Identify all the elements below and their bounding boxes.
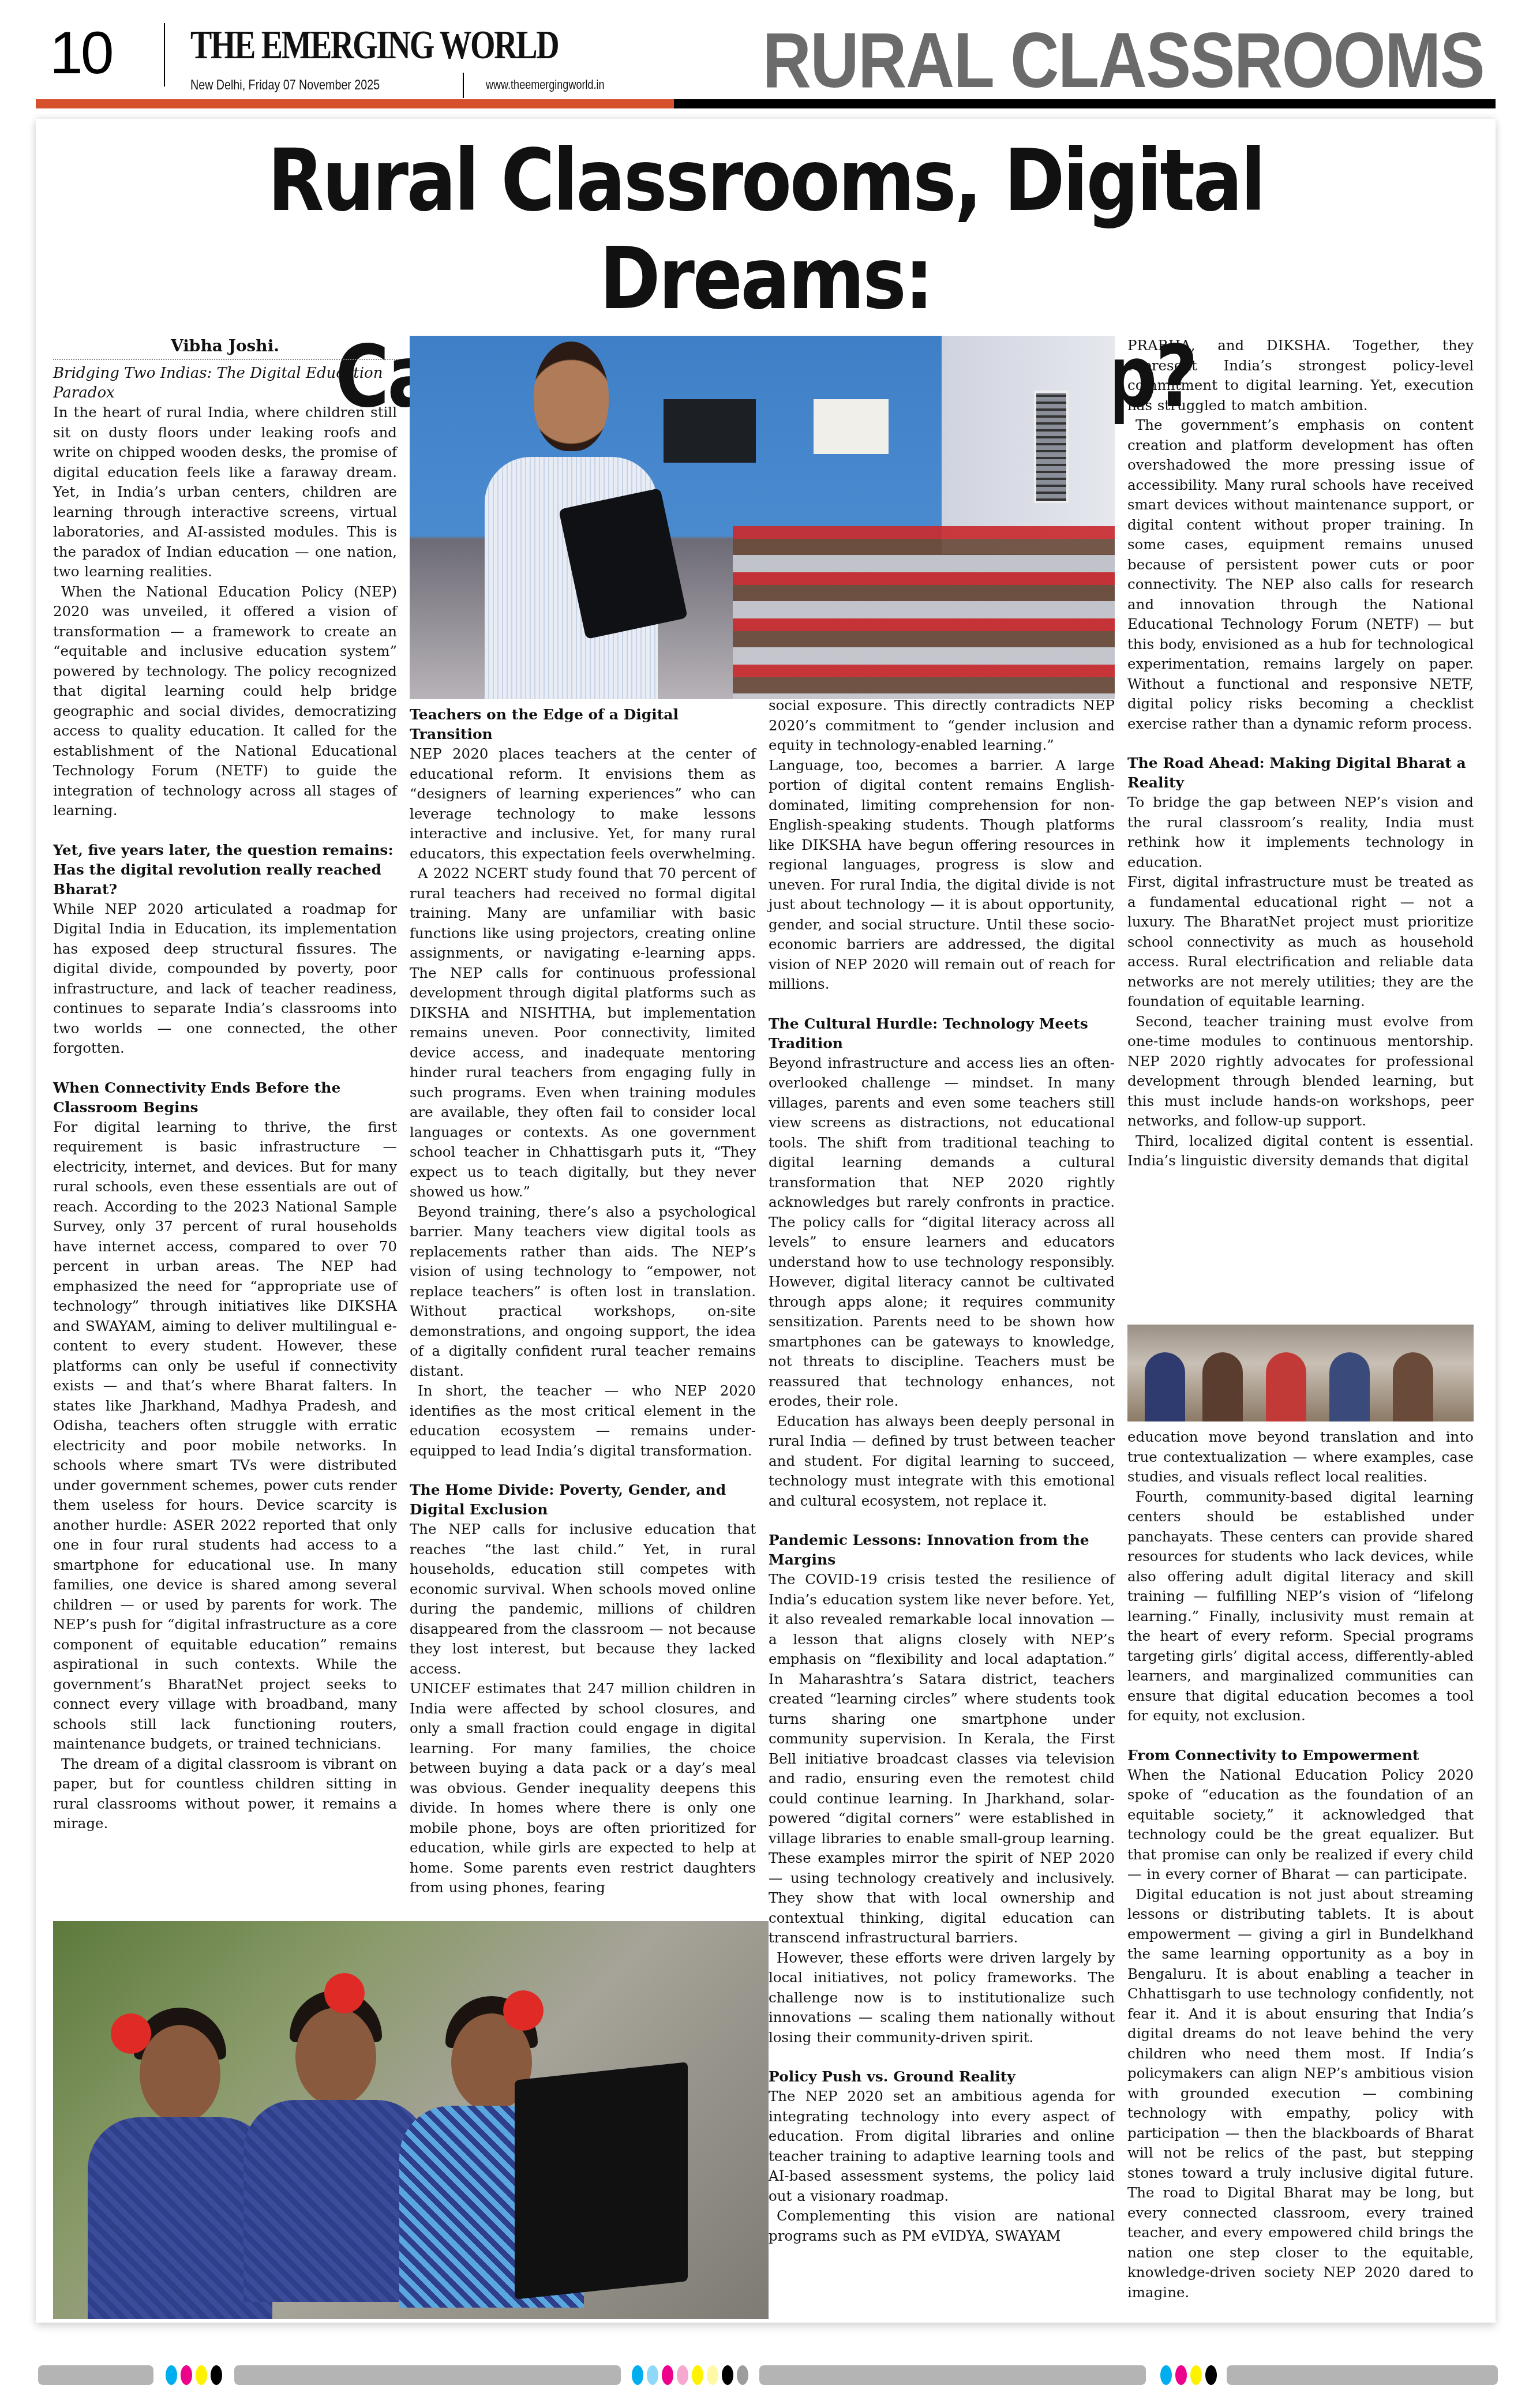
masthead-rule bbox=[36, 99, 1496, 108]
paragraph: The NEP 2020 set an ambitious agenda for… bbox=[769, 2087, 1115, 2206]
column-3: social exposure. This directly contradic… bbox=[769, 696, 1115, 2246]
paragraph: First, digital infrastructure must be tr… bbox=[1127, 872, 1474, 1012]
paragraph: While NEP 2020 articulated a roadmap for… bbox=[53, 899, 397, 1059]
paragraph: Education has always been deeply persona… bbox=[769, 1412, 1115, 1511]
website-link[interactable]: www.theemergingworld.in bbox=[486, 77, 605, 92]
paragraph: When the National Education Policy (NEP)… bbox=[53, 582, 397, 821]
light-yellow-dot bbox=[707, 2365, 718, 2385]
cyan-dot bbox=[166, 2365, 177, 2385]
accent-bar bbox=[36, 99, 674, 108]
paragraph: To bridge the gap between NEP’s vision a… bbox=[1127, 793, 1474, 872]
paragraph: The dream of a digital classroom is vibr… bbox=[53, 1754, 397, 1834]
paragraph: Digital education is not just about stre… bbox=[1127, 1885, 1474, 2303]
paragraph: The government’s emphasis on content cre… bbox=[1127, 415, 1474, 734]
subheading: Teachers on the Edge of a Digital Transi… bbox=[410, 705, 756, 744]
byline: Vibha Joshi. bbox=[53, 336, 397, 360]
paragraph: When the National Education Policy 2020 … bbox=[1127, 1765, 1474, 1885]
light-magenta-dot bbox=[677, 2365, 688, 2385]
subheading: The Cultural Hurdle: Technology Meets Tr… bbox=[769, 1014, 1115, 1053]
magenta-dot bbox=[662, 2365, 673, 2385]
magenta-dot bbox=[181, 2365, 192, 2385]
photo-wall bbox=[942, 336, 1115, 554]
photo-child bbox=[1393, 1352, 1433, 1421]
masthead-divider bbox=[164, 23, 165, 87]
paragraph: social exposure. This directly contradic… bbox=[769, 696, 1115, 756]
paragraph: Complementing this vision are national p… bbox=[769, 2206, 1115, 2246]
photo-bow bbox=[503, 1990, 544, 2031]
photo-face bbox=[140, 2025, 220, 2123]
masthead: 10 THE EMERGING WORLD New Delhi, Friday … bbox=[36, 17, 1496, 110]
paragraph: A 2022 NCERT study found that 70 percent… bbox=[410, 864, 756, 1202]
classroom-photo bbox=[410, 336, 1115, 699]
subheading: Policy Push vs. Ground Reality bbox=[769, 2067, 1115, 2087]
dateline-divider bbox=[463, 73, 464, 98]
column-2: Teachers on the Edge of a Digital Transi… bbox=[410, 705, 756, 1898]
photo-child bbox=[1266, 1352, 1306, 1421]
photo-bow bbox=[324, 1973, 365, 2013]
photo-window bbox=[1034, 391, 1069, 503]
black-dot bbox=[722, 2365, 733, 2385]
paragraph: PRABHA, and DIKSHA. Together, they repre… bbox=[1127, 336, 1474, 415]
paragraph: However, these efforts were driven large… bbox=[769, 1948, 1115, 2048]
light-cyan-dot bbox=[647, 2365, 658, 2385]
photo-child bbox=[1145, 1352, 1185, 1421]
paragraph: Beyond training, there’s also a psycholo… bbox=[410, 1202, 756, 1382]
gray-dot bbox=[737, 2365, 748, 2385]
paragraph: Second, teacher training must evolve fro… bbox=[1127, 1012, 1474, 1131]
yellow-dot bbox=[196, 2365, 207, 2385]
column-4: PRABHA, and DIKSHA. Together, they repre… bbox=[1127, 336, 1474, 1171]
paragraph: Language, too, becomes a barrier. A larg… bbox=[769, 756, 1115, 995]
photo-boy-head bbox=[534, 342, 609, 451]
subheading: Yet, five years later, the question rema… bbox=[53, 841, 397, 899]
cyan-dot bbox=[632, 2365, 643, 2385]
children-photo bbox=[1127, 1325, 1474, 1421]
paragraph: UNICEF estimates that 247 million childr… bbox=[410, 1679, 756, 1898]
black-bar bbox=[674, 99, 1496, 108]
registration-bar bbox=[234, 2365, 621, 2385]
section-title: RURAL CLASSROOMS bbox=[763, 21, 1484, 99]
paragraph: For digital learning to thrive, the firs… bbox=[53, 1117, 397, 1754]
photo-child bbox=[1202, 1352, 1243, 1421]
photo-laptop bbox=[515, 2062, 688, 2300]
subheading: From Connectivity to Empowerment bbox=[1127, 1746, 1474, 1765]
paragraph: Fourth, community-based digital learning… bbox=[1127, 1487, 1474, 1726]
page-number: 10 bbox=[50, 23, 112, 83]
registration-bar bbox=[38, 2365, 153, 2385]
headline-line-1: Rural Classrooms, Digital Dreams: bbox=[268, 131, 1264, 328]
registration-bar bbox=[1227, 2365, 1498, 2385]
paragraph: education move beyond translation and in… bbox=[1127, 1427, 1474, 1487]
photo-child bbox=[1329, 1352, 1370, 1421]
magenta-dot bbox=[1175, 2365, 1187, 2385]
paragraph: Beyond infrastructure and access lies an… bbox=[769, 1053, 1115, 1412]
paragraph: In the heart of rural India, where child… bbox=[53, 403, 397, 582]
paragraph: NEP 2020 places teachers at the center o… bbox=[410, 744, 756, 864]
column-4-continued: education move beyond translation and in… bbox=[1127, 1427, 1474, 2302]
registration-bar bbox=[759, 2365, 1146, 2385]
dateline: New Delhi, Friday 07 November 2025 bbox=[190, 77, 380, 93]
yellow-dot bbox=[1190, 2365, 1202, 2385]
black-dot bbox=[1205, 2365, 1217, 2385]
paragraph: The NEP calls for inclusive education th… bbox=[410, 1520, 756, 1679]
photo-desks bbox=[733, 526, 1115, 699]
photo-tv bbox=[664, 399, 756, 463]
paragraph: The COVID-19 crisis tested the resilienc… bbox=[769, 1570, 1115, 1948]
paragraph: Third, localized digital content is esse… bbox=[1127, 1131, 1474, 1171]
subheading: When Connectivity Ends Before the Classr… bbox=[53, 1078, 397, 1117]
article-page: Rural Classrooms, Digital Dreams: Can Bh… bbox=[36, 119, 1496, 2323]
girls-laptop-photo bbox=[53, 1921, 769, 2319]
photo-poster bbox=[814, 399, 889, 454]
registration-strip bbox=[38, 2365, 1498, 2385]
subheading: The Road Ahead: Making Digital Bharat a … bbox=[1127, 753, 1474, 793]
subheading: The Home Divide: Poverty, Gender, and Di… bbox=[410, 1480, 756, 1520]
newspaper-name: THE EMERGING WORLD bbox=[190, 25, 558, 66]
photo-bow bbox=[111, 2013, 151, 2054]
subheading: Pandemic Lessons: Innovation from the Ma… bbox=[769, 1531, 1115, 1570]
kicker: Bridging Two Indias: The Digital Educati… bbox=[53, 363, 397, 403]
yellow-dot bbox=[692, 2365, 703, 2385]
cyan-dot bbox=[1160, 2365, 1172, 2385]
photo-face bbox=[295, 2008, 376, 2106]
column-1: Vibha Joshi. Bridging Two Indias: The Di… bbox=[53, 336, 397, 1834]
black-dot bbox=[211, 2365, 222, 2385]
paragraph: In short, the teacher — who NEP 2020 ide… bbox=[410, 1381, 756, 1461]
